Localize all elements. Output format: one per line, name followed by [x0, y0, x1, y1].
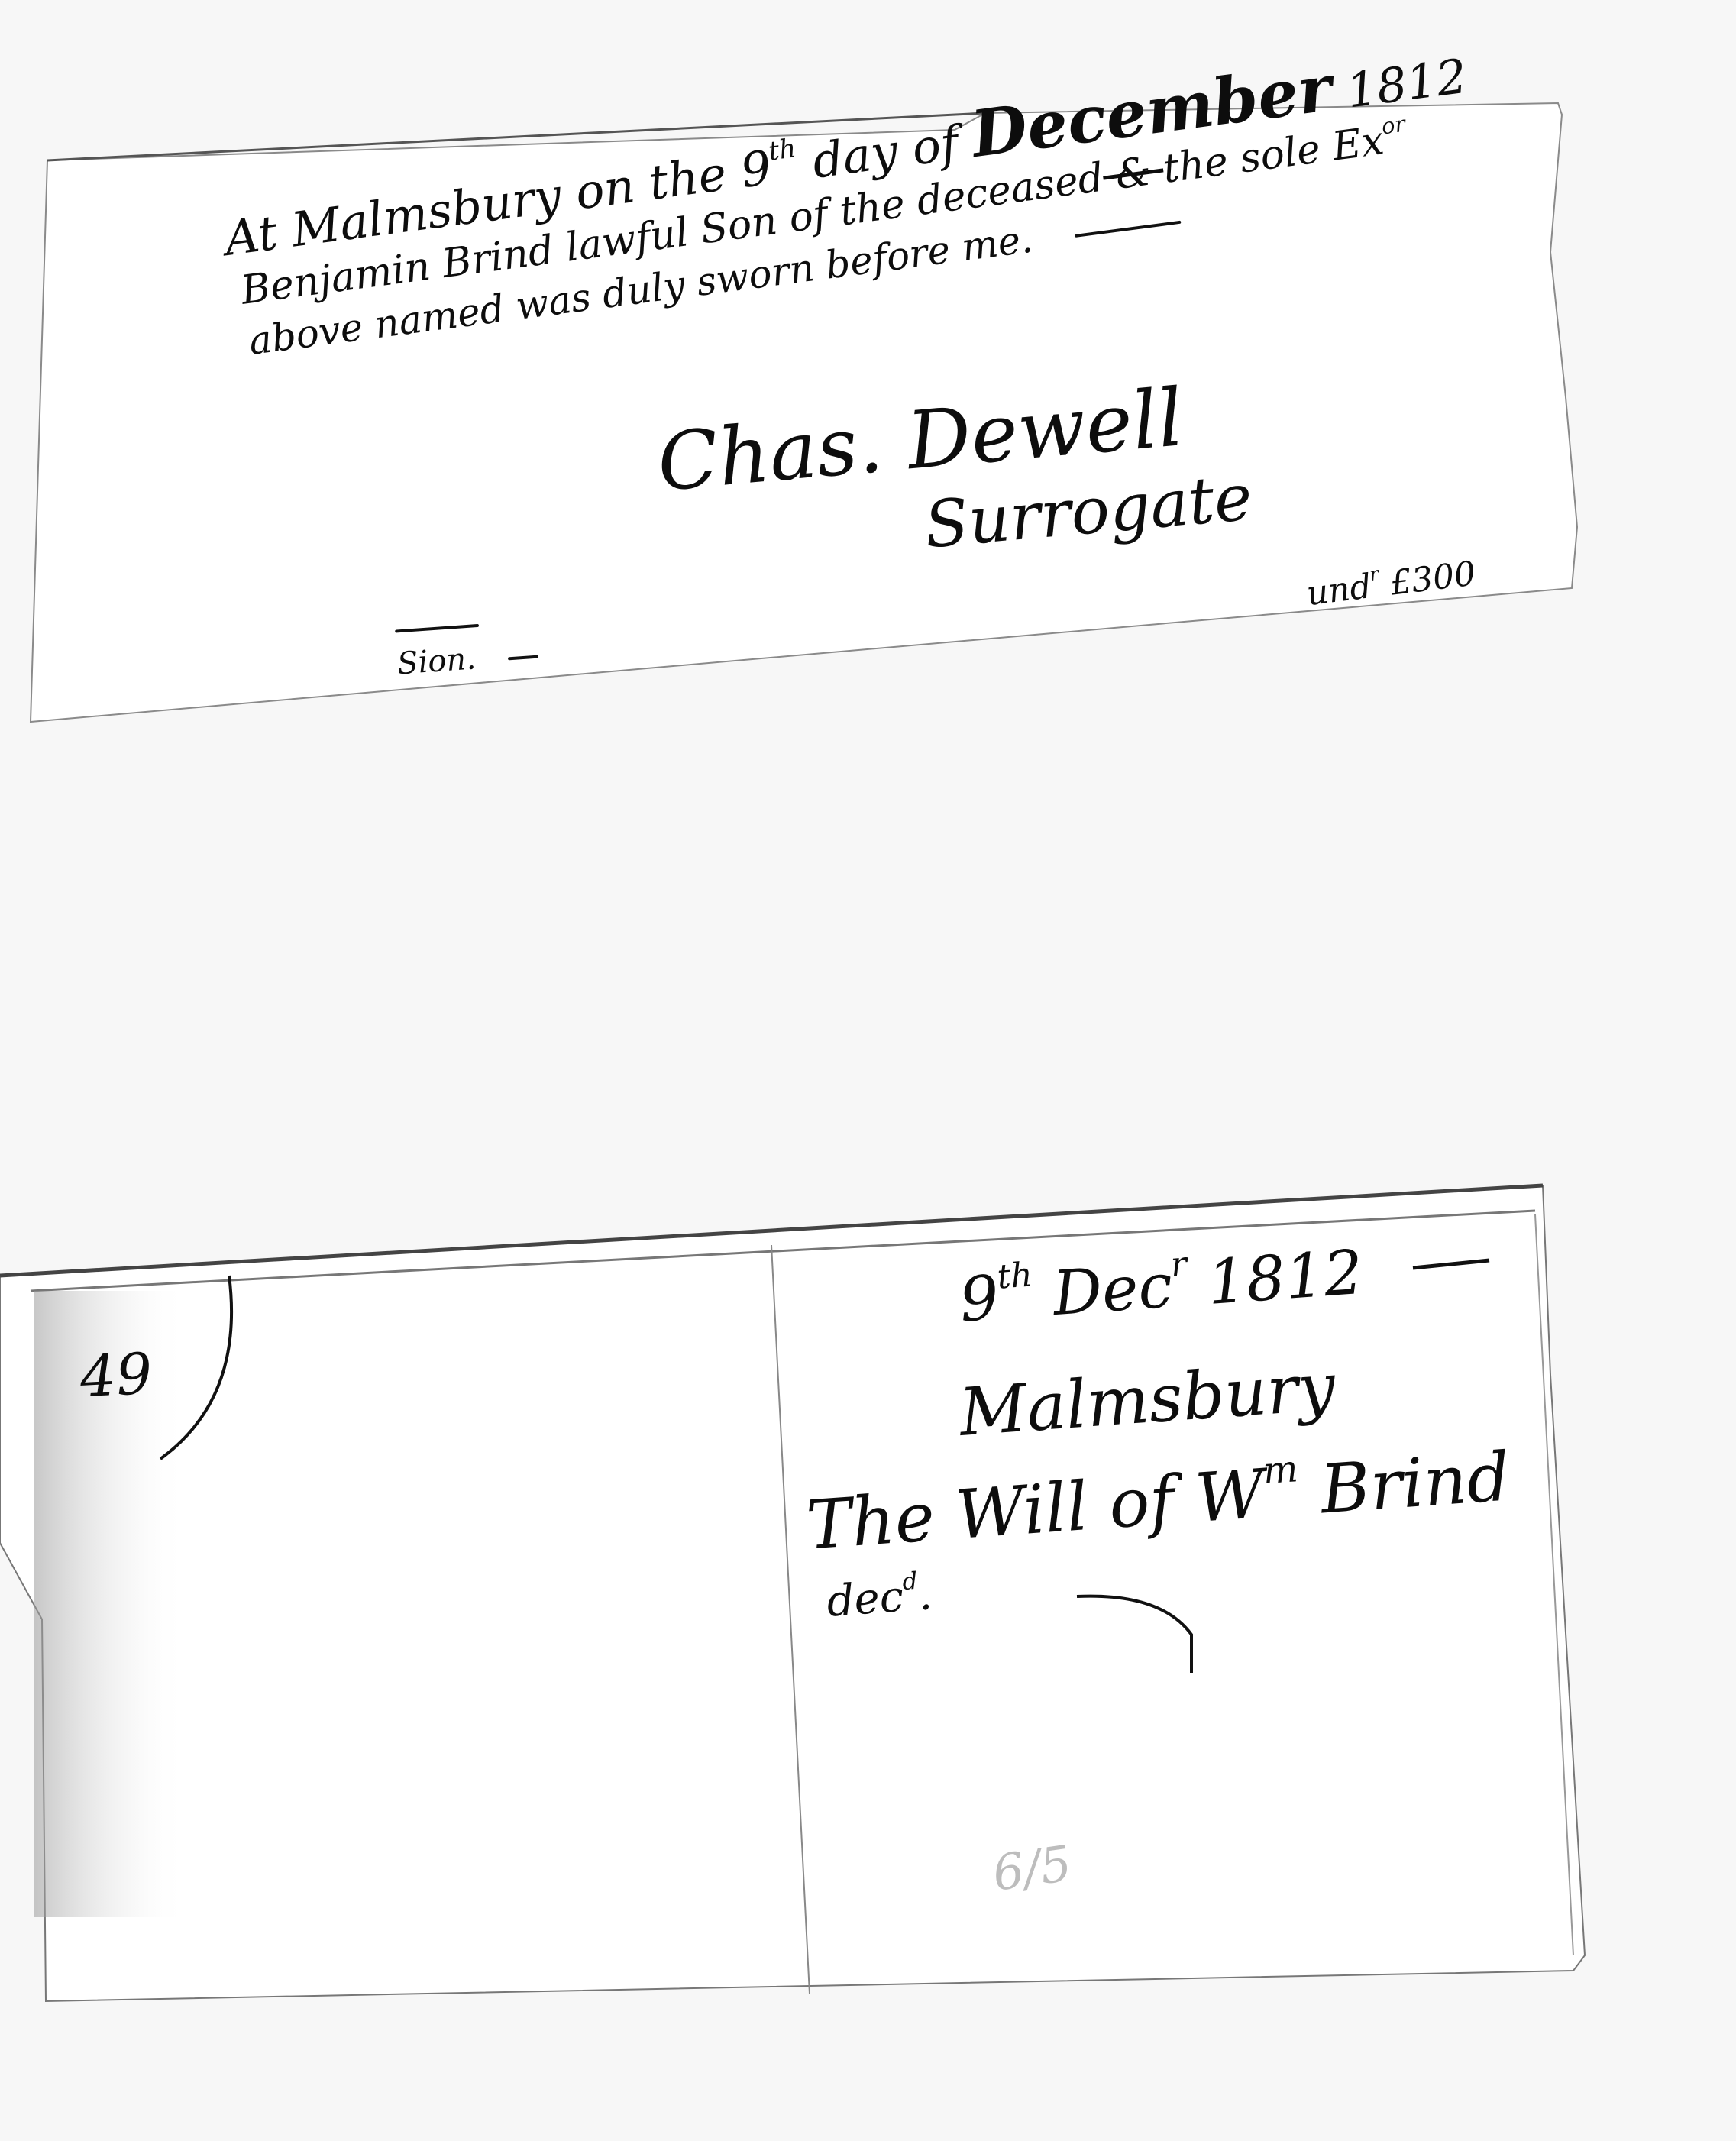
docket-status: decd.	[825, 1567, 933, 1627]
docket-number: 49	[79, 1341, 154, 1411]
flourish-dash	[1075, 221, 1181, 238]
oath-fragment: At Malmsbury on the 9th day of December …	[0, 0, 1736, 733]
trailing-dash	[508, 655, 538, 661]
docket-fragment: 49 9th Decr 1812 Malmsbury The Will of W…	[0, 1146, 1736, 2024]
faint-pencil-mark: 6/5	[989, 1835, 1075, 1903]
